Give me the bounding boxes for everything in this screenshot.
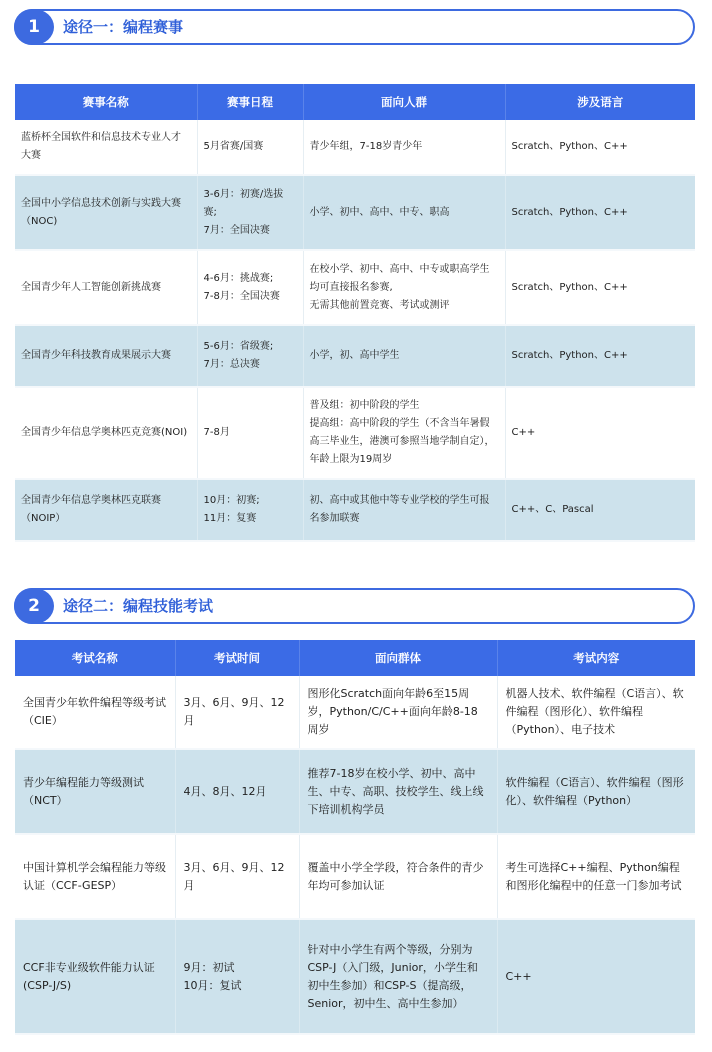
cell-audience: 普及组：初中阶段的学生 提高组：高中阶段的学生（不含当年暑假高三毕业生，港澳可参… bbox=[303, 387, 505, 479]
cell-name: 蓝桥杯全国软件和信息技术专业人才大赛 bbox=[15, 120, 197, 175]
cell-audience: 覆盖中小学全学段，符合条件的青少年均可参加认证 bbox=[299, 834, 497, 919]
cell-languages: Scratch、Python、C++ bbox=[505, 325, 695, 387]
cell-audience: 初、高中或其他中等专业学校的学生可报名参加联赛 bbox=[303, 479, 505, 541]
cell-audience: 图形化Scratch面向年龄6至15周岁，Python/C/C++面向年龄8-1… bbox=[299, 676, 497, 749]
table-row: 全国中小学信息技术创新与实践大赛（NOC) 3-6月：初赛/选拔赛; 7月：全国… bbox=[15, 175, 695, 250]
cell-audience: 推荐7-18岁在校小学、初中、高中生、中专、高职、技校学生、线上线下培训机构学员 bbox=[299, 749, 497, 834]
cell-name: 全国青少年科技教育成果展示大赛 bbox=[15, 325, 197, 387]
cell-time: 4月、8月、12月 bbox=[175, 749, 299, 834]
section-number-badge: 1 bbox=[14, 9, 54, 45]
table-header-row: 赛事名称 赛事日程 面向人群 涉及语言 bbox=[15, 84, 695, 120]
cell-time: 3月、6月、9月、12月 bbox=[175, 676, 299, 749]
table-header-row: 考试名称 考试时间 面向群体 考试内容 bbox=[15, 640, 695, 676]
table-row: 全国青少年软件编程等级考试（CIE） 3月、6月、9月、12月 图形化Scrat… bbox=[15, 676, 695, 749]
table-row: 中国计算机学会编程能力等级认证（CCF-GESP） 3月、6月、9月、12月 覆… bbox=[15, 834, 695, 919]
cell-languages: Scratch、Python、C++ bbox=[505, 120, 695, 175]
cell-time: 3月、6月、9月、12月 bbox=[175, 834, 299, 919]
table-row: 蓝桥杯全国软件和信息技术专业人才大赛 5月省赛/国赛 青少年组，7-18岁青少年… bbox=[15, 120, 695, 175]
cell-schedule: 7-8月 bbox=[197, 387, 303, 479]
cell-content: 软件编程（C语言）、软件编程（图形化）、软件编程（Python） bbox=[497, 749, 695, 834]
cell-content: C++ bbox=[497, 919, 695, 1034]
column-header-name: 考试名称 bbox=[15, 640, 175, 676]
cell-languages: C++、C、Pascal bbox=[505, 479, 695, 541]
cell-audience: 青少年组，7-18岁青少年 bbox=[303, 120, 505, 175]
cell-name: 全国青少年信息学奥林匹克竞赛(NOI) bbox=[15, 387, 197, 479]
column-header-content: 考试内容 bbox=[497, 640, 695, 676]
cell-content: 考生可选择C++编程、Python编程和图形化编程中的任意一门参加考试 bbox=[497, 834, 695, 919]
cell-schedule: 3-6月：初赛/选拔赛; 7月：全国决赛 bbox=[197, 175, 303, 250]
column-header-schedule: 赛事日程 bbox=[197, 84, 303, 120]
table-row: CCF非专业级软件能力认证(CSP-J/S) 9月：初试 10月：复试 针对中小… bbox=[15, 919, 695, 1034]
section-title: 途径二：编程技能考试 bbox=[63, 590, 213, 622]
column-header-languages: 涉及语言 bbox=[505, 84, 695, 120]
column-header-time: 考试时间 bbox=[175, 640, 299, 676]
cell-languages: Scratch、Python、C++ bbox=[505, 175, 695, 250]
table-row: 全国青少年信息学奥林匹克联赛（NOIP） 10月：初赛; 11月：复赛 初、高中… bbox=[15, 479, 695, 541]
cell-audience: 在校小学、初中、高中、中专或职高学生均可直接报名参赛, 无需其他前置竞赛、考试或… bbox=[303, 250, 505, 325]
cell-name: 中国计算机学会编程能力等级认证（CCF-GESP） bbox=[15, 834, 175, 919]
section-title: 途径一：编程赛事 bbox=[63, 11, 183, 43]
table-row: 全国青少年科技教育成果展示大赛 5-6月：省级赛; 7月：总决赛 小学，初、高中… bbox=[15, 325, 695, 387]
table-row: 青少年编程能力等级测试（NCT） 4月、8月、12月 推荐7-18岁在校小学、初… bbox=[15, 749, 695, 834]
cell-name: 全国青少年信息学奥林匹克联赛（NOIP） bbox=[15, 479, 197, 541]
section-header-competitions: 1 途径一：编程赛事 bbox=[14, 9, 695, 45]
cell-name: CCF非专业级软件能力认证(CSP-J/S) bbox=[15, 919, 175, 1034]
cell-content: 机器人技术、软件编程（C语言）、软件编程（图形化）、软件编程（Python）、电… bbox=[497, 676, 695, 749]
cell-schedule: 4-6月：挑战赛; 7-8月：全国决赛 bbox=[197, 250, 303, 325]
cell-name: 全国青少年软件编程等级考试（CIE） bbox=[15, 676, 175, 749]
cell-schedule: 5月省赛/国赛 bbox=[197, 120, 303, 175]
exams-table: 考试名称 考试时间 面向群体 考试内容 全国青少年软件编程等级考试（CIE） 3… bbox=[15, 640, 695, 1035]
cell-audience: 小学，初、高中学生 bbox=[303, 325, 505, 387]
cell-languages: C++ bbox=[505, 387, 695, 479]
table-row: 全国青少年信息学奥林匹克竞赛(NOI) 7-8月 普及组：初中阶段的学生 提高组… bbox=[15, 387, 695, 479]
section-header-exams: 2 途径二：编程技能考试 bbox=[14, 588, 695, 624]
table-row: 全国青少年人工智能创新挑战赛 4-6月：挑战赛; 7-8月：全国决赛 在校小学、… bbox=[15, 250, 695, 325]
column-header-audience: 面向群体 bbox=[299, 640, 497, 676]
cell-schedule: 5-6月：省级赛; 7月：总决赛 bbox=[197, 325, 303, 387]
competitions-table: 赛事名称 赛事日程 面向人群 涉及语言 蓝桥杯全国软件和信息技术专业人才大赛 5… bbox=[15, 84, 695, 542]
section-number-badge: 2 bbox=[14, 588, 54, 624]
cell-name: 青少年编程能力等级测试（NCT） bbox=[15, 749, 175, 834]
cell-name: 全国中小学信息技术创新与实践大赛（NOC) bbox=[15, 175, 197, 250]
cell-schedule: 10月：初赛; 11月：复赛 bbox=[197, 479, 303, 541]
cell-languages: Scratch、Python、C++ bbox=[505, 250, 695, 325]
cell-audience: 针对中小学生有两个等级，分别为CSP-J（入门级，Junior，小学生和初中生参… bbox=[299, 919, 497, 1034]
column-header-audience: 面向人群 bbox=[303, 84, 505, 120]
column-header-name: 赛事名称 bbox=[15, 84, 197, 120]
cell-audience: 小学、初中、高中、中专、职高 bbox=[303, 175, 505, 250]
cell-time: 9月：初试 10月：复试 bbox=[175, 919, 299, 1034]
cell-name: 全国青少年人工智能创新挑战赛 bbox=[15, 250, 197, 325]
